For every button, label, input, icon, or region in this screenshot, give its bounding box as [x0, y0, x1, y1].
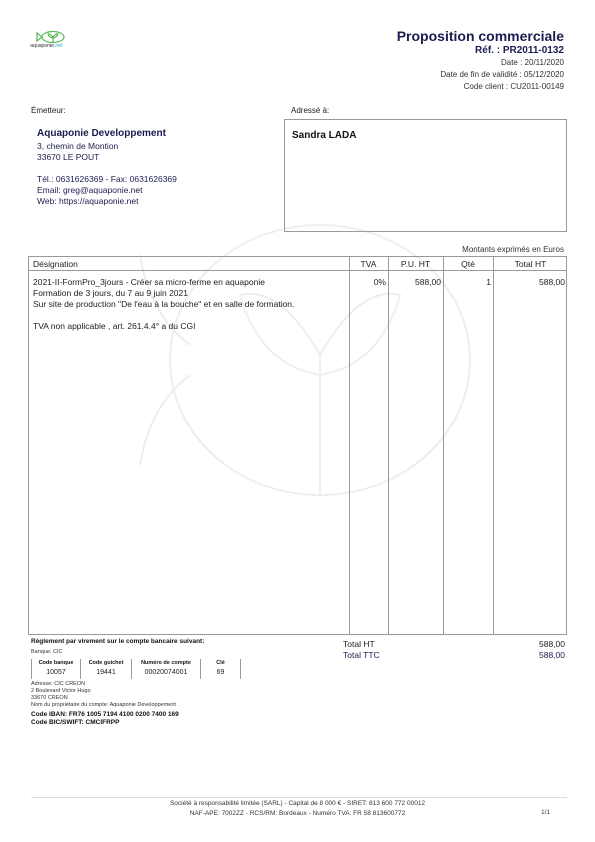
row-tva: 0%: [349, 277, 386, 287]
payment-title: Règlement par virement sur le compte ban…: [31, 638, 204, 645]
row-total-ht: 588,00: [493, 277, 565, 287]
header-total-ht: Total HT: [493, 259, 568, 269]
currency-note: Montants exprimés en Euros: [462, 245, 564, 254]
iban-block: Code IBAN: FR76 1005 7194 4100 0200 7400…: [31, 711, 179, 727]
row-designation-line: Sur site de production "De l'eau à la bo…: [33, 299, 294, 310]
row-designation-line: TVA non applicable , art. 261.4.4° a du …: [33, 321, 294, 332]
logo-brand-name: aquaponie: [30, 43, 54, 49]
totals-block: Total HT 588,00 Total TTC 588,00: [343, 639, 565, 661]
account-number-col: Numéro de compte 00020074001: [131, 659, 200, 679]
key-header: Clé: [201, 659, 240, 668]
column-divider: [349, 257, 350, 634]
bank-address-line: 33670 CREON: [31, 695, 176, 702]
document-reference: Réf. : PR2011-0132: [397, 44, 564, 57]
fish-leaf-logo-icon: [30, 30, 68, 44]
total-ttc-label: Total TTC: [343, 650, 380, 661]
header-qty: Qté: [443, 259, 493, 269]
column-divider: [493, 257, 494, 634]
row-pu-ht: 588,00: [388, 277, 441, 287]
emitter-box: Aquaponie Developpement 3, chemin de Mon…: [31, 118, 279, 213]
emitter-address2: 33670 LE POUT: [37, 152, 99, 162]
recipient-label: Adressé à:: [291, 106, 329, 115]
total-ht-value: 588,00: [539, 639, 565, 650]
header-tva: TVA: [349, 259, 388, 269]
bic-code: Code BIC/SWIFT: CMCIFRPP: [31, 719, 179, 727]
page-number: 1/1: [541, 809, 550, 816]
client-code: Code client : CU2011-00149: [397, 81, 564, 93]
footer-line-2: NAF-APE: 7002ZZ - RCS/RM: Bordeaux - Num…: [0, 809, 595, 819]
branch-code-value: 19441: [81, 668, 131, 678]
emitter-phone: Tél.: 0631626369 - Fax: 0631626369: [37, 174, 177, 184]
bank-code-header: Code banque: [32, 659, 80, 668]
emitter-email: Email: greg@aquaponie.net: [37, 185, 143, 195]
bank-code-value: 10057: [32, 668, 80, 678]
total-ht-label: Total HT: [343, 639, 375, 650]
emitter-web: Web: https://aquaponie.net: [37, 196, 138, 206]
emitter-name: Aquaponie Developpement: [37, 128, 166, 139]
table-row: 2021-II-FormPro_3jours - Créer sa micro-…: [33, 277, 294, 332]
footer-divider: [31, 797, 567, 798]
row-qty: 1: [443, 277, 491, 287]
document-date: Date : 20/11/2020: [397, 57, 564, 69]
recipient-box: Sandra LADA: [284, 119, 567, 232]
bank-code-col: Code banque 10057: [31, 659, 80, 679]
row-designation-line: [33, 310, 294, 321]
header-pu-ht: P.U. HT: [388, 259, 443, 269]
logo-tld: .net: [54, 43, 62, 49]
bank-address-line: 2 Boulevard Victor Hugo: [31, 688, 176, 695]
legal-footer: Société à responsabilité limitée (SARL) …: [0, 799, 595, 819]
key-value: 69: [201, 668, 240, 678]
recipient-name: Sandra LADA: [292, 130, 356, 141]
logo-brand-text: aquaponie.net: [30, 43, 62, 49]
row-designation-line: 2021-II-FormPro_3jours - Créer sa micro-…: [33, 277, 294, 288]
bank-details-table: Code banque 10057 Code guichet 19441 Num…: [31, 659, 241, 679]
column-divider: [443, 257, 444, 634]
total-ttc-row: Total TTC 588,00: [343, 650, 565, 661]
key-col: Clé 69: [200, 659, 241, 679]
total-ht-row: Total HT 588,00: [343, 639, 565, 650]
account-number-value: 00020074001: [132, 668, 200, 678]
bank-name: Banque: CIC: [31, 649, 63, 655]
header-designation: Désignation: [33, 259, 78, 269]
branch-code-col: Code guichet 19441: [80, 659, 131, 679]
total-ttc-value: 588,00: [539, 650, 565, 661]
document-header: Proposition commerciale Réf. : PR2011-01…: [397, 28, 564, 93]
emitter-address1: 3, chemin de Montion: [37, 141, 118, 151]
document-title: Proposition commerciale: [397, 28, 564, 44]
account-owner: Nom du propriétaire du compte: Aquaponie…: [31, 702, 176, 709]
bank-address-line: Adresse: CIC CREON: [31, 681, 176, 688]
row-designation-line: Formation de 3 jours, du 7 au 9 juin 202…: [33, 288, 294, 299]
validity-date: Date de fin de validité : 05/12/2020: [397, 69, 564, 81]
company-logo: aquaponie.net: [30, 30, 68, 52]
items-table: Désignation TVA P.U. HT Qté Total HT 202…: [28, 256, 567, 635]
branch-code-header: Code guichet: [81, 659, 131, 668]
emitter-label: Émetteur:: [31, 106, 66, 115]
column-divider: [388, 257, 389, 634]
account-number-header: Numéro de compte: [132, 659, 200, 668]
bank-address: Adresse: CIC CREON 2 Boulevard Victor Hu…: [31, 681, 176, 709]
footer-line-1: Société à responsabilité limitée (SARL) …: [0, 799, 595, 809]
iban-code: Code IBAN: FR76 1005 7194 4100 0200 7400…: [31, 711, 179, 719]
